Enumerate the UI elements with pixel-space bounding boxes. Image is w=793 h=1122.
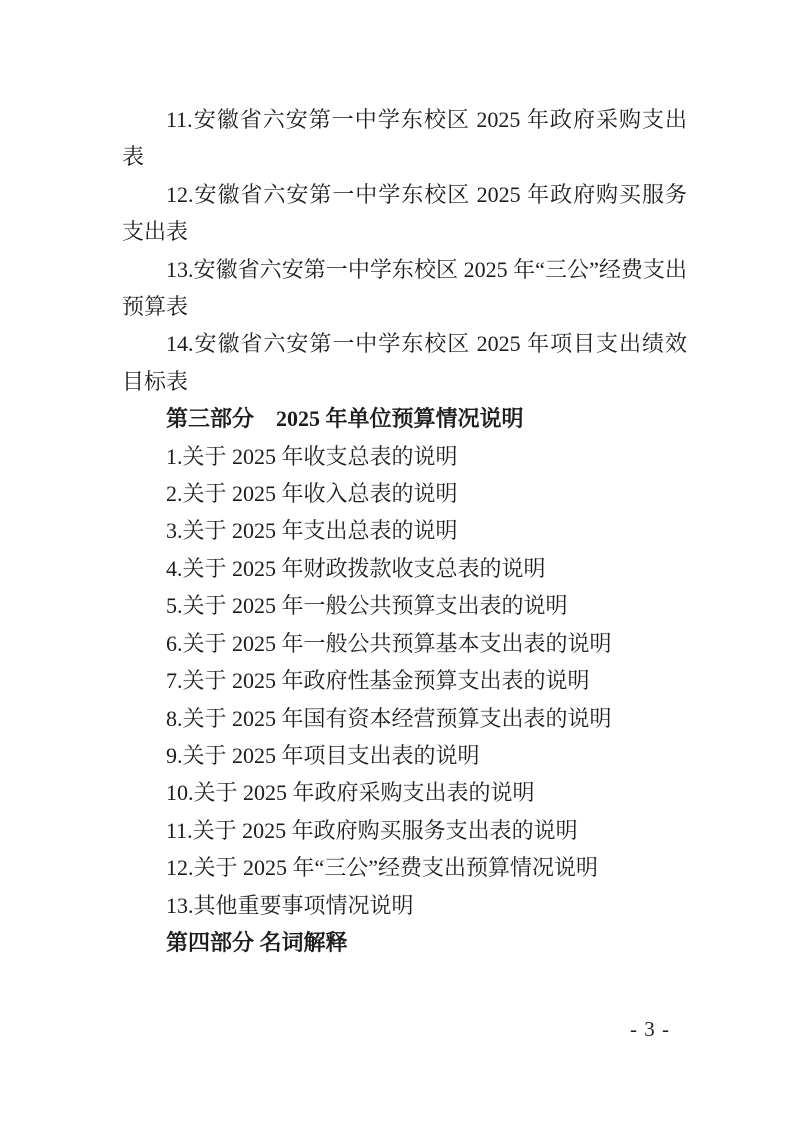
toc-item: 3.关于 2025 年支出总表的说明 <box>122 512 687 549</box>
toc-item: 13.其他重要事项情况说明 <box>122 887 687 924</box>
document-body: 11.安徽省六安第一中学东校区 2025 年政府采购支出表12.安徽省六安第一中… <box>122 101 687 961</box>
toc-item: 6.关于 2025 年一般公共预算基本支出表的说明 <box>122 625 687 662</box>
section-heading: 第四部分 名词解释 <box>122 924 687 961</box>
toc-item: 9.关于 2025 年项目支出表的说明 <box>122 737 687 774</box>
toc-item: 4.关于 2025 年财政拨款收支总表的说明 <box>122 550 687 587</box>
toc-item: 11.安徽省六安第一中学东校区 2025 年政府采购支出表 <box>122 101 687 176</box>
toc-item: 1.关于 2025 年收支总表的说明 <box>122 438 687 475</box>
toc-item: 13.安徽省六安第一中学东校区 2025 年“三公”经费支出预算表 <box>122 251 687 326</box>
section-heading: 第三部分 2025 年单位预算情况说明 <box>122 400 687 437</box>
toc-item: 14.安徽省六安第一中学东校区 2025 年项目支出绩效目标表 <box>122 325 687 400</box>
toc-item: 11.关于 2025 年政府购买服务支出表的说明 <box>122 812 687 849</box>
toc-item: 12.关于 2025 年“三公”经费支出预算情况说明 <box>122 849 687 886</box>
page-number: - 3 - <box>602 1015 698 1043</box>
toc-item: 10.关于 2025 年政府采购支出表的说明 <box>122 774 687 811</box>
toc-item: 7.关于 2025 年政府性基金预算支出表的说明 <box>122 662 687 699</box>
toc-item: 2.关于 2025 年收入总表的说明 <box>122 475 687 512</box>
toc-item: 12.安徽省六安第一中学东校区 2025 年政府购买服务支出表 <box>122 176 687 251</box>
document-page: 11.安徽省六安第一中学东校区 2025 年政府采购支出表12.安徽省六安第一中… <box>0 0 793 1122</box>
toc-item: 5.关于 2025 年一般公共预算支出表的说明 <box>122 587 687 624</box>
toc-item: 8.关于 2025 年国有资本经营预算支出表的说明 <box>122 700 687 737</box>
